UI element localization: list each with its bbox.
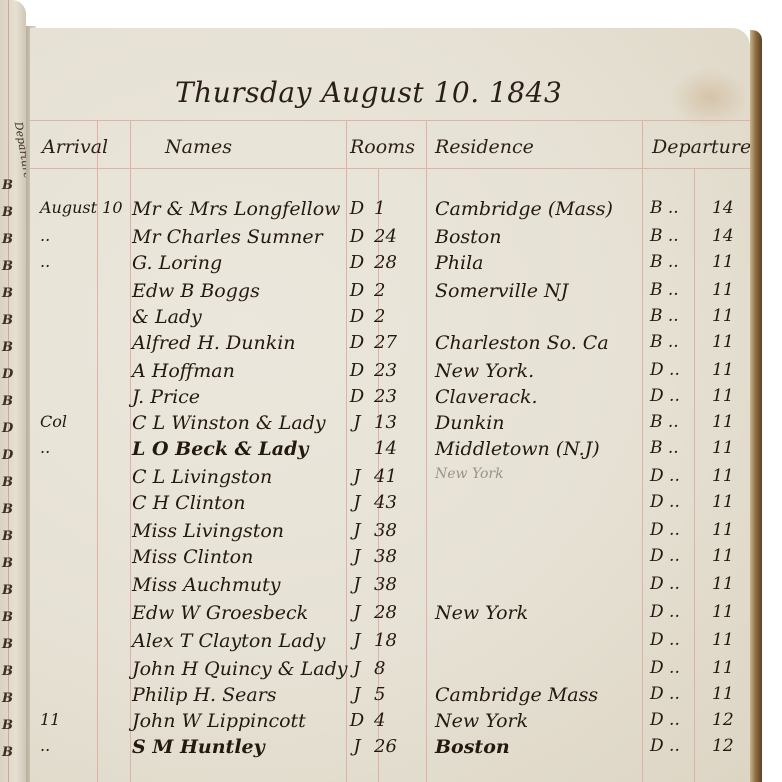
register-row: August 10Mr & Mrs LongfellowD1Cambridge … (30, 198, 750, 224)
room-number: 4 (374, 710, 422, 731)
departure-day: 11 (712, 466, 744, 486)
room-floor: D (348, 386, 366, 407)
guest-name: Philip H. Sears (132, 684, 362, 706)
departure-day: 11 (712, 252, 744, 272)
arrival-date: Col (40, 412, 130, 431)
guest-residence: Cambridge Mass (435, 684, 650, 706)
room-floor: D (348, 306, 366, 327)
guest-name: Mr & Mrs Longfellow (132, 198, 362, 220)
register-row: ..S M HuntleyJ26BostonD ..12 (30, 736, 750, 762)
guest-name: Mr Charles Sumner (132, 226, 362, 248)
room-number: 28 (374, 252, 422, 273)
left-page-departure-mark: B (2, 691, 13, 706)
departure-mark: D .. (650, 360, 700, 380)
room-floor: J (348, 736, 366, 757)
room-floor: D (348, 252, 366, 273)
left-page-edge: Departure BBBBBBBDBDDBBBBBBBBBBB (0, 0, 26, 782)
departure-day: 11 (712, 280, 744, 300)
left-page-departure-mark: B (2, 745, 13, 760)
room-floor: J (348, 658, 366, 679)
guest-residence: Claverack. (435, 386, 650, 408)
register-row: J. PriceD23Claverack.D ..11 (30, 386, 750, 412)
arrival-date: .. (40, 226, 130, 245)
room-floor: J (348, 492, 366, 513)
left-page-departure-mark: B (2, 556, 13, 571)
departure-mark: D .. (650, 658, 700, 678)
left-page-departure-mark: B (2, 475, 13, 490)
room-number: 26 (374, 736, 422, 757)
guest-residence: Somerville NJ (435, 280, 650, 302)
book-page-edges (750, 30, 762, 782)
room-floor: J (348, 412, 366, 433)
register-row: Miss AuchmutyJ38D ..11 (30, 574, 750, 600)
departure-day: 11 (712, 386, 744, 406)
room-floor: D (348, 710, 366, 731)
departure-day: 11 (712, 520, 744, 540)
arrival-date: 11 (40, 710, 130, 729)
left-page-departure-mark: B (2, 583, 13, 598)
guest-residence: Charleston So. Ca (435, 332, 650, 354)
departure-mark: D .. (650, 492, 700, 512)
column-header-departure: Departure (652, 136, 750, 158)
register-row: ..Mr Charles SumnerD24BostonB ..14 (30, 226, 750, 252)
departure-mark: B .. (650, 332, 700, 352)
guest-name: J. Price (132, 386, 362, 408)
guest-name: C H Clinton (132, 492, 362, 514)
register-row: C L LivingstonJ41New YorkD ..11 (30, 466, 750, 492)
left-page-departure-mark: B (2, 178, 13, 193)
left-page-departure-mark: B (2, 502, 13, 517)
room-number: 38 (374, 520, 422, 541)
room-number: 23 (374, 386, 422, 407)
register-row: Alex T Clayton LadyJ18D ..11 (30, 630, 750, 656)
departure-mark: B .. (650, 252, 700, 272)
departure-day: 11 (712, 658, 744, 678)
left-page-departure-mark: D (2, 421, 13, 436)
register-row: 11John W LippincottD4New YorkD ..12 (30, 710, 750, 736)
arrival-date: August 10 (40, 198, 130, 217)
left-page-departure-mark: B (2, 394, 13, 409)
room-floor: J (348, 466, 366, 487)
room-floor: J (348, 630, 366, 651)
guest-residence: New York (435, 602, 650, 624)
arrival-date: .. (40, 736, 130, 755)
room-floor: D (348, 332, 366, 353)
room-floor: J (348, 546, 366, 567)
column-header-rooms: Rooms (350, 136, 415, 158)
register-row: Alfred H. DunkinD27Charleston So. CaB ..… (30, 332, 750, 358)
guest-name: Edw B Boggs (132, 280, 362, 302)
register-row: Miss LivingstonJ38D ..11 (30, 520, 750, 546)
left-page-departure-mark: B (2, 232, 13, 247)
guest-name: G. Loring (132, 252, 362, 274)
room-number: 2 (374, 280, 422, 301)
left-page-departure-mark: B (2, 529, 13, 544)
guest-name: Alex T Clayton Lady (132, 630, 362, 652)
left-page-departure-mark: B (2, 340, 13, 355)
left-page-header: Departure (0, 121, 26, 151)
room-number: 38 (374, 546, 422, 567)
register-row: John H Quincy & LadyJ8D ..11 (30, 658, 750, 684)
departure-day: 11 (712, 684, 744, 704)
page-stain (670, 68, 750, 128)
departure-day: 11 (712, 412, 744, 432)
room-number: 14 (374, 438, 422, 459)
guest-residence: Cambridge (Mass) (435, 198, 650, 220)
register-row: A HoffmanD23New York.D ..11 (30, 360, 750, 386)
departure-day: 11 (712, 574, 744, 594)
register-page: Thursday August 10. 1843 Arrival Names R… (30, 28, 750, 782)
room-number: 38 (374, 574, 422, 595)
departure-mark: D .. (650, 736, 700, 756)
room-floor: D (348, 360, 366, 381)
register-row: Edw B BoggsD2Somerville NJB ..11 (30, 280, 750, 306)
guest-name: Miss Clinton (132, 546, 362, 568)
guest-name: John W Lippincott (132, 710, 362, 732)
register-row: ColC L Winston & LadyJ13DunkinB ..11 (30, 412, 750, 438)
left-page-departure-mark: B (2, 205, 13, 220)
left-page-departure-mark: B (2, 286, 13, 301)
room-number: 43 (374, 492, 422, 513)
guest-residence: Middletown (N.J) (435, 438, 650, 460)
room-floor: J (348, 602, 366, 623)
departure-mark: B .. (650, 226, 700, 246)
guest-residence: New York (435, 466, 650, 482)
guest-residence: Boston (435, 226, 650, 248)
departure-day: 12 (712, 736, 744, 756)
column-header-residence: Residence (435, 136, 534, 158)
page-title: Thursday August 10. 1843 (175, 76, 615, 109)
left-page-departure-mark: B (2, 610, 13, 625)
guest-residence: Boston (435, 736, 650, 758)
departure-mark: D .. (650, 386, 700, 406)
departure-mark: B .. (650, 412, 700, 432)
arrival-date: .. (40, 252, 130, 271)
room-number: 1 (374, 198, 422, 219)
room-floor: D (348, 226, 366, 247)
departure-day: 11 (712, 602, 744, 622)
departure-day: 11 (712, 332, 744, 352)
departure-day: 11 (712, 546, 744, 566)
left-page-departure-mark: B (2, 637, 13, 652)
room-number: 13 (374, 412, 422, 433)
guest-name: Alfred H. Dunkin (132, 332, 362, 354)
departure-mark: D .. (650, 520, 700, 540)
room-number: 18 (374, 630, 422, 651)
guest-name: C L Winston & Lady (132, 412, 362, 434)
guest-name: L O Beck & Lady (132, 438, 362, 460)
departure-mark: D .. (650, 710, 700, 730)
departure-mark: D .. (650, 546, 700, 566)
register-row: ..G. LoringD28PhilaB ..11 (30, 252, 750, 278)
room-floor: J (348, 684, 366, 705)
room-floor: D (348, 198, 366, 219)
left-page-departure-mark: B (2, 718, 13, 733)
departure-day: 11 (712, 492, 744, 512)
departure-mark: B .. (650, 198, 700, 218)
room-number: 41 (374, 466, 422, 487)
guest-name: & Lady (132, 306, 362, 328)
room-number: 8 (374, 658, 422, 679)
left-page-departure-mark: D (2, 448, 13, 463)
departure-day: 11 (712, 630, 744, 650)
departure-mark: D .. (650, 630, 700, 650)
room-floor: J (348, 520, 366, 541)
room-number: 27 (374, 332, 422, 353)
guest-name: A Hoffman (132, 360, 362, 382)
departure-day: 11 (712, 306, 744, 326)
room-number: 24 (374, 226, 422, 247)
guest-name: S M Huntley (132, 736, 362, 758)
guest-name: Miss Auchmuty (132, 574, 362, 596)
departure-mark: D .. (650, 466, 700, 486)
departure-day: 11 (712, 360, 744, 380)
room-number: 28 (374, 602, 422, 623)
departure-day: 14 (712, 226, 744, 246)
left-page-departure-mark: B (2, 664, 13, 679)
guest-name: C L Livingston (132, 466, 362, 488)
register-row: Philip H. SearsJ5Cambridge MassD ..11 (30, 684, 750, 710)
register-row: & LadyD2B ..11 (30, 306, 750, 332)
guest-residence: Phila (435, 252, 650, 274)
departure-mark: B .. (650, 280, 700, 300)
register-row: Edw W GroesbeckJ28New YorkD ..11 (30, 602, 750, 628)
room-number: 5 (374, 684, 422, 705)
departure-day: 14 (712, 198, 744, 218)
left-page-departure-mark: B (2, 259, 13, 274)
column-header-names: Names (165, 136, 232, 158)
departure-mark: D .. (650, 602, 700, 622)
departure-day: 11 (712, 438, 744, 458)
guest-name: Miss Livingston (132, 520, 362, 542)
guest-residence: New York (435, 710, 650, 732)
departure-day: 12 (712, 710, 744, 730)
register-row: C H ClintonJ43D ..11 (30, 492, 750, 518)
left-page-departure-mark: B (2, 313, 13, 328)
left-page-departure-mark: D (2, 367, 13, 382)
column-header-arrival: Arrival (42, 136, 108, 158)
guest-name: Edw W Groesbeck (132, 602, 362, 624)
guest-name: John H Quincy & Lady (132, 658, 362, 680)
register-row: Miss ClintonJ38D ..11 (30, 546, 750, 572)
departure-mark: D .. (650, 684, 700, 704)
room-number: 2 (374, 306, 422, 327)
departure-mark: B .. (650, 306, 700, 326)
register-row: ..L O Beck & Lady14Middletown (N.J)B ..1… (30, 438, 750, 464)
room-number: 23 (374, 360, 422, 381)
departure-mark: B .. (650, 438, 700, 458)
departure-mark: D .. (650, 574, 700, 594)
guest-residence: New York. (435, 360, 650, 382)
room-floor: J (348, 574, 366, 595)
arrival-date: .. (40, 438, 130, 457)
guest-residence: Dunkin (435, 412, 650, 434)
room-floor: D (348, 280, 366, 301)
